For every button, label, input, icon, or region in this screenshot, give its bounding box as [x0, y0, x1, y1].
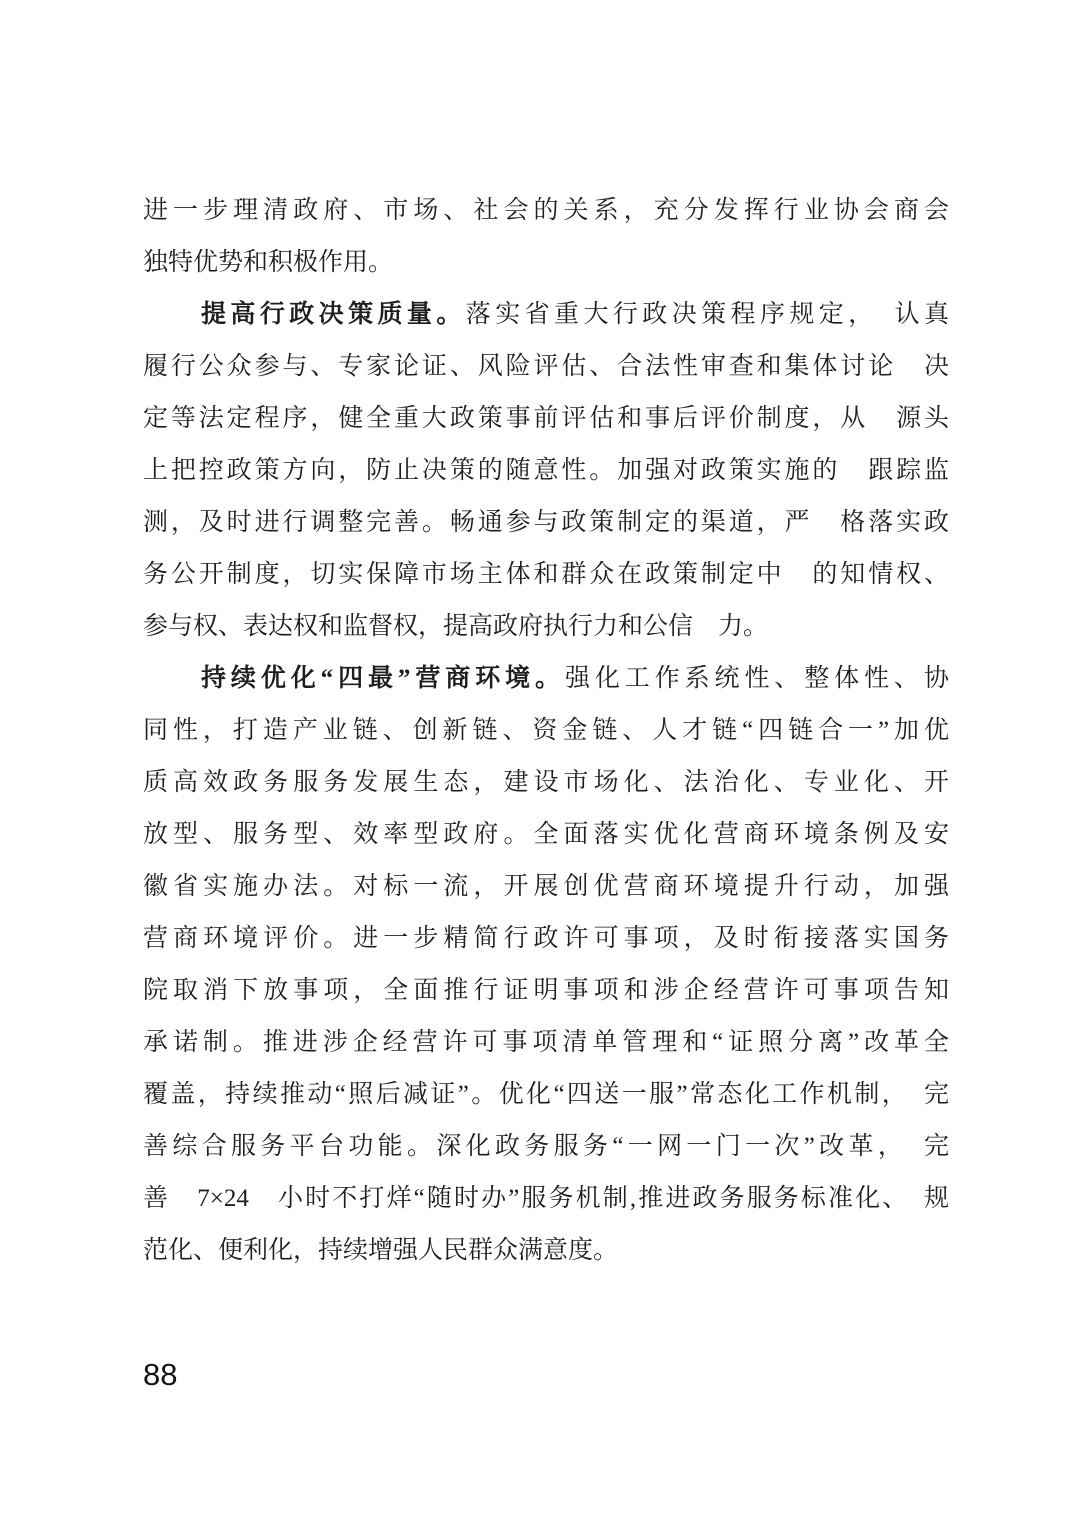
text-run: 独特优势和积极作用。: [143, 249, 393, 276]
text-line: 营商环境评价。进一步精简行政许可事项，及时衔接落实国务: [143, 913, 949, 965]
text-run: 质高效政务服务发展生态，建设市场化、法治化、专业化、开: [143, 769, 949, 796]
text-line: 放型、服务型、效率型政府。全面落实优化营商环境条例及安: [143, 809, 949, 861]
text-line: 进一步理清政府、市场、社会的关系，充分发挥行业协会商会: [143, 185, 949, 237]
text-run: 范化、便利化，持续增强人民群众满意度。: [143, 1237, 618, 1264]
text-line: 独特优势和积极作用。: [143, 237, 949, 289]
text-run: 承诺制。推进涉企经营许可事项清单管理和“证照分离”改革全: [143, 1029, 949, 1056]
text-line: 定等法定程序，健全重大政策事前评估和事后评价制度，从 源头: [143, 393, 949, 445]
text-run: 营商环境评价。进一步精简行政许可事项，及时衔接落实国务: [143, 925, 949, 952]
text-line: 院取消下放事项，全面推行证明事项和涉企经营许可事项告知: [143, 965, 949, 1017]
section-heading-run: 提高行政决策质量。: [201, 301, 466, 328]
text-run: 覆盖，持续推动“照后减证”。优化“四送一服”常态化工作机制， 完: [143, 1081, 949, 1108]
text-line: 上把控政策方向，防止决策的随意性。加强对政策实施的 跟踪监: [143, 445, 949, 497]
body-text: 进一步理清政府、市场、社会的关系，充分发挥行业协会商会 独特优势和积极作用。 提…: [143, 185, 949, 1277]
text-line: 范化、便利化，持续增强人民群众满意度。: [143, 1225, 949, 1277]
text-run: 强化工作系统性、整体性、协: [565, 665, 949, 692]
text-line: 持续优化“四最”营商环境。强化工作系统性、整体性、协: [143, 653, 949, 705]
document-page: 进一步理清政府、市场、社会的关系，充分发挥行业协会商会 独特优势和积极作用。 提…: [0, 0, 1080, 1527]
text-line: 履行公众参与、专家论证、风险评估、合法性审查和集体讨论 决: [143, 341, 949, 393]
text-run: 上把控政策方向，防止决策的随意性。加强对政策实施的 跟踪监: [143, 457, 949, 484]
text-run: 同性，打造产业链、创新链、资金链、人才链“四链合一”加优: [143, 717, 949, 744]
page-number: 88: [143, 1359, 177, 1390]
text-run: 定等法定程序，健全重大政策事前评估和事后评价制度，从 源头: [143, 405, 949, 432]
text-line: 测，及时进行调整完善。畅通参与政策制定的渠道，严 格落实政: [143, 497, 949, 549]
text-line: 参与权、表达权和监督权，提高政府执行力和公信 力。: [143, 601, 949, 653]
text-line: 务公开制度，切实保障市场主体和群众在政策制定中 的知情权、: [143, 549, 949, 601]
text-line: 善 7×24 小时不打烊“随时办”服务机制,推进政务服务标准化、 规: [143, 1173, 949, 1225]
text-run: 徽省实施办法。对标一流，开展创优营商环境提升行动，加强: [143, 873, 949, 900]
text-run: 履行公众参与、专家论证、风险评估、合法性审查和集体讨论 决: [143, 353, 949, 380]
text-line: 承诺制。推进涉企经营许可事项清单管理和“证照分离”改革全: [143, 1017, 949, 1069]
text-line: 徽省实施办法。对标一流，开展创优营商环境提升行动，加强: [143, 861, 949, 913]
text-run: 善综合服务平台功能。深化政务服务“一网一门一次”改革， 完: [143, 1133, 949, 1160]
text-line: 覆盖，持续推动“照后减证”。优化“四送一服”常态化工作机制， 完: [143, 1069, 949, 1121]
text-line: 同性，打造产业链、创新链、资金链、人才链“四链合一”加优: [143, 705, 949, 757]
text-line: 提高行政决策质量。落实省重大行政决策程序规定， 认真: [143, 289, 949, 341]
text-run: 院取消下放事项，全面推行证明事项和涉企经营许可事项告知: [143, 977, 949, 1004]
text-run: 测，及时进行调整完善。畅通参与政策制定的渠道，严 格落实政: [143, 509, 949, 536]
text-run: 参与权、表达权和监督权，提高政府执行力和公信 力。: [143, 613, 768, 640]
text-line: 善综合服务平台功能。深化政务服务“一网一门一次”改革， 完: [143, 1121, 949, 1173]
text-line: 质高效政务服务发展生态，建设市场化、法治化、专业化、开: [143, 757, 949, 809]
section-heading-run: 持续优化“四最”营商环境。: [201, 665, 565, 692]
text-run: 务公开制度，切实保障市场主体和群众在政策制定中 的知情权、: [143, 561, 949, 588]
text-run: 放型、服务型、效率型政府。全面落实优化营商环境条例及安: [143, 821, 949, 848]
text-run: 落实省重大行政决策程序规定， 认真: [466, 301, 949, 328]
text-run: 进一步理清政府、市场、社会的关系，充分发挥行业协会商会: [143, 197, 949, 224]
text-run: 善 7×24 小时不打烊“随时办”服务机制,推进政务服务标准化、 规: [143, 1185, 949, 1212]
